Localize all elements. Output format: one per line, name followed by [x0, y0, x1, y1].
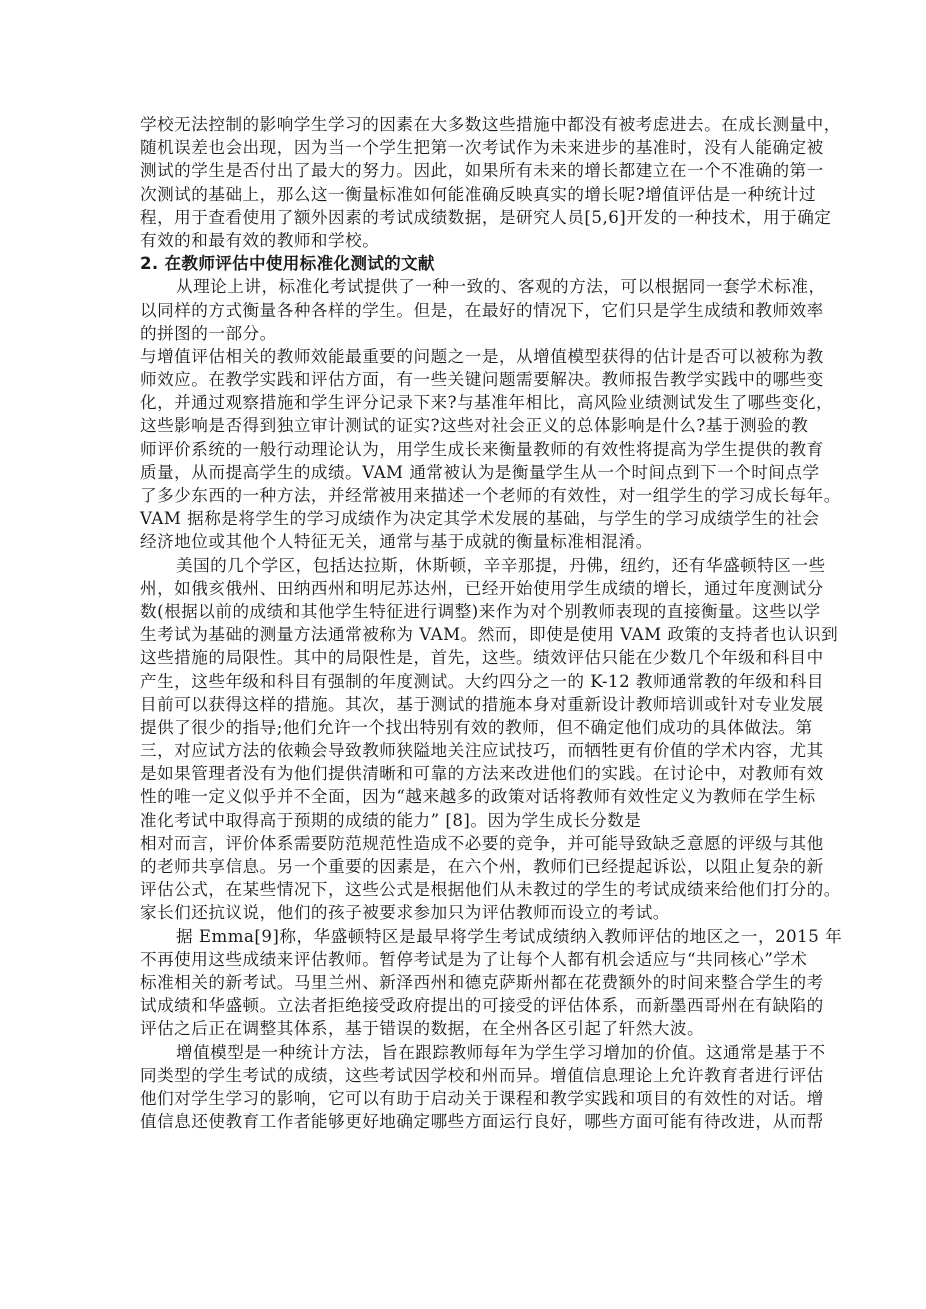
text-line: 美国的几个学区，包括达拉斯，休斯顿，辛辛那提，丹佛，纽约，还有华盛顿特区一些	[140, 554, 795, 577]
paragraph-washington-dc: 据 Emma[9]称，华盛顿特区是最早将学生考试成绩纳入教师评估的地区之一，20…	[140, 925, 795, 1041]
text-line: 以同样的方式衡量各种各样的学生。但是，在最好的情况下，它们只是学生成绩和教师效率	[140, 299, 795, 322]
paragraph-value-added-model: 增值模型是一种统计方法，旨在跟踪教师每年为学生学习增加的价值。这通常是基于不 同…	[140, 1041, 795, 1134]
text-line: 师评价系统的一般行动理论认为，用学生成长来衡量教师的有效性将提高为学生提供的教育	[140, 438, 795, 461]
text-line: 师效应。在教学实践和评估方面，有一些关键问题需要解决。教师报告教学实践中的哪些变	[140, 368, 795, 391]
text-line: 有效的和最有效的教师和学校。	[140, 229, 795, 252]
text-line: 试成绩和华盛顿。立法者拒绝接受政府提出的可接受的评估体系，而新墨西哥州在有缺陷的	[140, 994, 795, 1017]
text-line: 随机误差也会出现，因为当一个学生把第一次考试作为未来进步的基准时，没有人能确定被	[140, 136, 795, 159]
text-line: 增值模型是一种统计方法，旨在跟踪教师每年为学生学习增加的价值。这通常是基于不	[140, 1041, 795, 1064]
text-line: 评估之后正在调整其体系，基于错误的数据，在全州各区引起了轩然大波。	[140, 1017, 795, 1040]
text-line: 他们对学生学习的影响，它可以有助于启动关于课程和教学实践和项目的有效性的对话。增	[140, 1087, 795, 1110]
text-line: 提供了很少的指导;他们允许一个找出特别有效的教师，但不确定他们成功的具体做法。第	[140, 716, 795, 739]
text-line: 目前可以获得这样的措施。其次，基于测试的措施本身对重新设计教师培训或针对专业发展	[140, 693, 795, 716]
text-line: 是如果管理者没有为他们提供清晰和可靠的方法来改进他们的实践。在讨论中，对教师有效	[140, 762, 795, 785]
text-line: 三，对应试方法的依赖会导致教师狭隘地关注应试技巧，而牺牲更有价值的学术内容，尤其	[140, 739, 795, 762]
text-line: 州，如俄亥俄州、田纳西州和明尼苏达州，已经开始使用学生成绩的增长，通过年度测试分	[140, 577, 795, 600]
paragraph-evaluation-system: 相对而言，评价体系需要防范规范性造成不必要的竞争，并可能导致缺乏意愿的评级与其他…	[140, 832, 795, 925]
paragraph-standardized-tests: 从理论上讲，标准化考试提供了一种一致的、客观的方法，可以根据同一套学术标准， 以…	[140, 275, 795, 345]
text-line: 与增值评估相关的教师效能最重要的问题之一是，从增值模型获得的估计是否可以被称为教	[140, 345, 795, 368]
text-line: 数(根据以前的成绩和其他学生特征进行调整)来作为对个别教师表现的直接衡量。这些以…	[140, 600, 795, 623]
text-line: 化，并通过观察措施和学生评分记录下来?与基准年相比，高风险业绩测试发生了哪些变化…	[140, 391, 795, 414]
text-line: 不再使用这些成绩来评估教师。暂停考试是为了让每个人都有机会适应与“共同核心”学术	[140, 948, 795, 971]
text-line: 据 Emma[9]称，华盛顿特区是最早将学生考试成绩纳入教师评估的地区之一，20…	[140, 925, 795, 948]
paragraph-value-added-intro: 学校无法控制的影响学生学习的因素在大多数这些措施中都没有被考虑进去。在成长测量中…	[140, 113, 795, 252]
text-line: 家长们还抗议说，他们的孩子被要求参加只为评估教师而设立的考试。	[140, 901, 795, 924]
section-heading: 2. 在教师评估中使用标准化测试的文献	[140, 252, 795, 275]
text-line: 学校无法控制的影响学生学习的因素在大多数这些措施中都没有被考虑进去。在成长测量中…	[140, 113, 795, 136]
text-line: 准化考试中取得高于预期的成绩的能力” [8]。因为学生成长分数是	[140, 809, 795, 832]
text-line: 质量，从而提高学生的成绩。VAM 通常被认为是衡量学生从一个时间点到下一个时间点…	[140, 461, 795, 484]
text-line: 测试的学生是否付出了最大的努力。因此，如果所有未来的增长都建立在一个不准确的第一	[140, 159, 795, 182]
text-line: 相对而言，评价体系需要防范规范性造成不必要的竞争，并可能导致缺乏意愿的评级与其他	[140, 832, 795, 855]
text-line: 的老师共享信息。另一个重要的因素是，在六个州，教师们已经提起诉讼，以阻止复杂的新	[140, 855, 795, 878]
text-line: 同类型的学生考试的成绩，这些考试因学校和州而异。增值信息理论上允许教育者进行评估	[140, 1064, 795, 1087]
paragraph-school-districts: 美国的几个学区，包括达拉斯，休斯顿，辛辛那提，丹佛，纽约，还有华盛顿特区一些 州…	[140, 554, 795, 832]
text-line: 生考试为基础的测量方法通常被称为 VAM。然而，即使是使用 VAM 政策的支持者…	[140, 623, 795, 646]
text-line: 标准相关的新考试。马里兰州、新泽西州和德克萨斯州都在花费额外的时间来整合学生的考	[140, 971, 795, 994]
text-line: 值信息还使教育工作者能够更好地确定哪些方面运行良好，哪些方面可能有待改进，从而帮	[140, 1110, 795, 1133]
text-line: 程，用于查看使用了额外因素的考试成绩数据，是研究人员[5,6]开发的一种技术，用…	[140, 206, 795, 229]
text-line: 次测试的基础上，那么这一衡量标准如何能准确反映真实的增长呢?增值评估是一种统计过	[140, 183, 795, 206]
text-line: 经济地位或其他个人特征无关，通常与基于成就的衡量标准相混淆。	[140, 530, 795, 553]
text-line: 的拼图的一部分。	[140, 322, 795, 345]
document-page: 学校无法控制的影响学生学习的因素在大多数这些措施中都没有被考虑进去。在成长测量中…	[140, 113, 795, 1133]
text-line: VAM 据称是将学生的学习成绩作为决定其学术发展的基础，与学生的学习成绩学生的社…	[140, 507, 795, 530]
text-line: 性的唯一定义似乎并不全面，因为“越来越多的政策对话将教师有效性定义为教师在学生标	[140, 785, 795, 808]
text-line: 评估公式，在某些情况下，这些公式是根据他们从未教过的学生的考试成绩来给他们打分的…	[140, 878, 795, 901]
text-line: 这些影响是否得到独立审计测试的证实?这些对社会正义的总体影响是什么?基于测验的教	[140, 414, 795, 437]
text-line: 了多少东西的一种方法，并经常被用来描述一个老师的有效性，对一组学生的学习成长每年…	[140, 484, 795, 507]
text-line: 产生，这些年级和科目有强制的年度测试。大约四分之一的 K-12 教师通常教的年级…	[140, 670, 795, 693]
paragraph-teacher-effect: 与增值评估相关的教师效能最重要的问题之一是，从增值模型获得的估计是否可以被称为教…	[140, 345, 795, 554]
text-line: 这些措施的局限性。其中的局限性是，首先，这些。绩效评估只能在少数几个年级和科目中	[140, 646, 795, 669]
text-line: 从理论上讲，标准化考试提供了一种一致的、客观的方法，可以根据同一套学术标准，	[140, 275, 795, 298]
